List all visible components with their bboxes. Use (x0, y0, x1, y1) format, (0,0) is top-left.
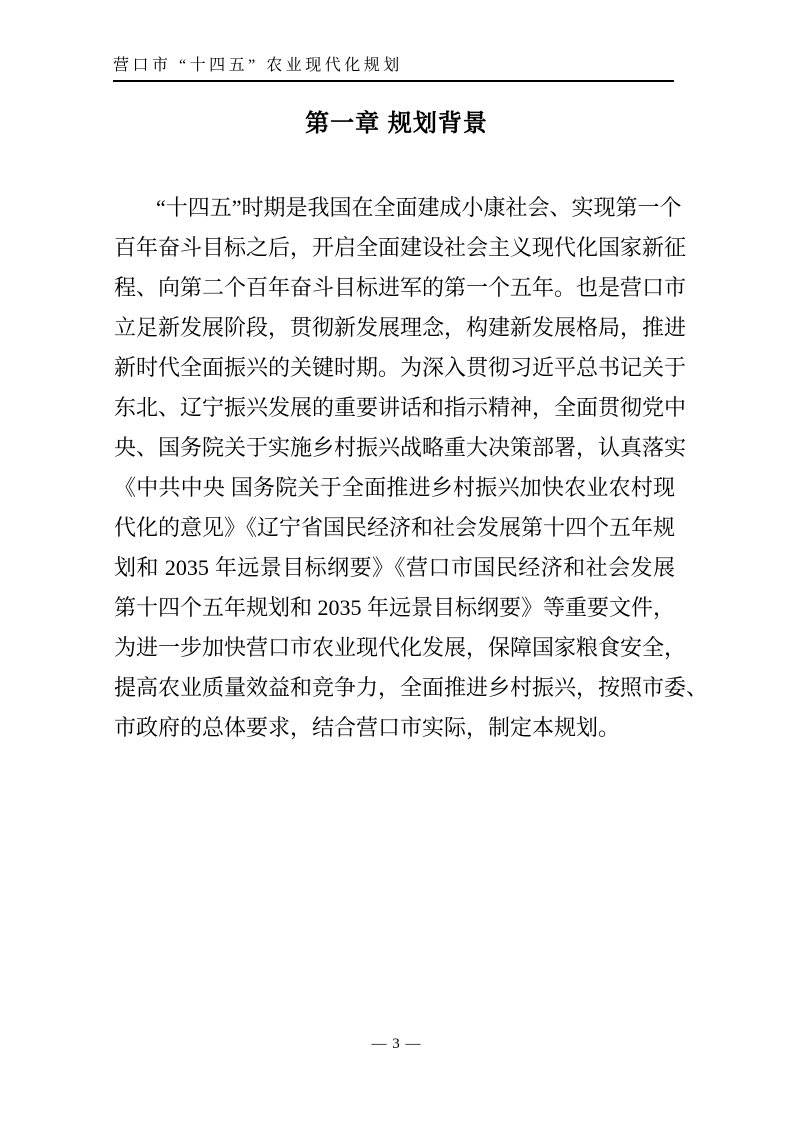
body-line: 百年奋斗目标之后，开启全面建设社会主义现代化国家新征 (114, 228, 675, 268)
body-line: 立足新发展阶段，贯彻新发展理念，构建新发展格局，推进 (114, 308, 675, 348)
body-line: 第十四个五年规划和 2035 年远景目标纲要》等重要文件， (114, 588, 675, 628)
page-header: 营口市 “十四五” 农业现代化规划 (113, 52, 674, 82)
body-line: 划和 2035 年远景目标纲要》《营口市国民经济和社会发展 (114, 548, 675, 588)
body-line: 程、向第二个百年奋斗目标进军的第一个五年。也是营口市 (114, 268, 675, 308)
body-line: 提高农业质量效益和竞争力，全面推进乡村振兴，按照市委、 (114, 668, 675, 708)
body-line: 东北、辽宁振兴发展的重要讲话和指示精神，全面贯彻党中 (114, 388, 675, 428)
body-line: 代化的意见》《辽宁省国民经济和社会发展第十四个五年规 (114, 508, 675, 548)
body-line: 新时代全面振兴的关键时期。为深入贯彻习近平总书记关于 (114, 348, 675, 388)
document-page: 营口市 “十四五” 农业现代化规划 第一章 规划背景 “十四五”时期是我国在全面… (0, 0, 793, 1122)
page-number: — 3 — (372, 1036, 422, 1052)
chapter-heading: 第一章 规划背景 (0, 103, 793, 138)
page-footer: — 3 — (0, 1035, 793, 1053)
body-paragraph: “十四五”时期是我国在全面建成小康社会、实现第一个 百年奋斗目标之后，开启全面建… (114, 188, 675, 748)
header-title: 营口市 “十四五” 农业现代化规划 (113, 52, 674, 75)
body-line: 为进一步加快营口市农业现代化发展，保障国家粮食安全， (114, 628, 675, 668)
body-line: 央、国务院关于实施乡村振兴战略重大决策部署，认真落实 (114, 428, 675, 468)
body-line: 《中共中央 国务院关于全面推进乡村振兴加快农业农村现 (114, 468, 675, 508)
body-line: “十四五”时期是我国在全面建成小康社会、实现第一个 (114, 188, 675, 228)
body-line: 市政府的总体要求，结合营口市实际，制定本规划。 (114, 708, 675, 748)
